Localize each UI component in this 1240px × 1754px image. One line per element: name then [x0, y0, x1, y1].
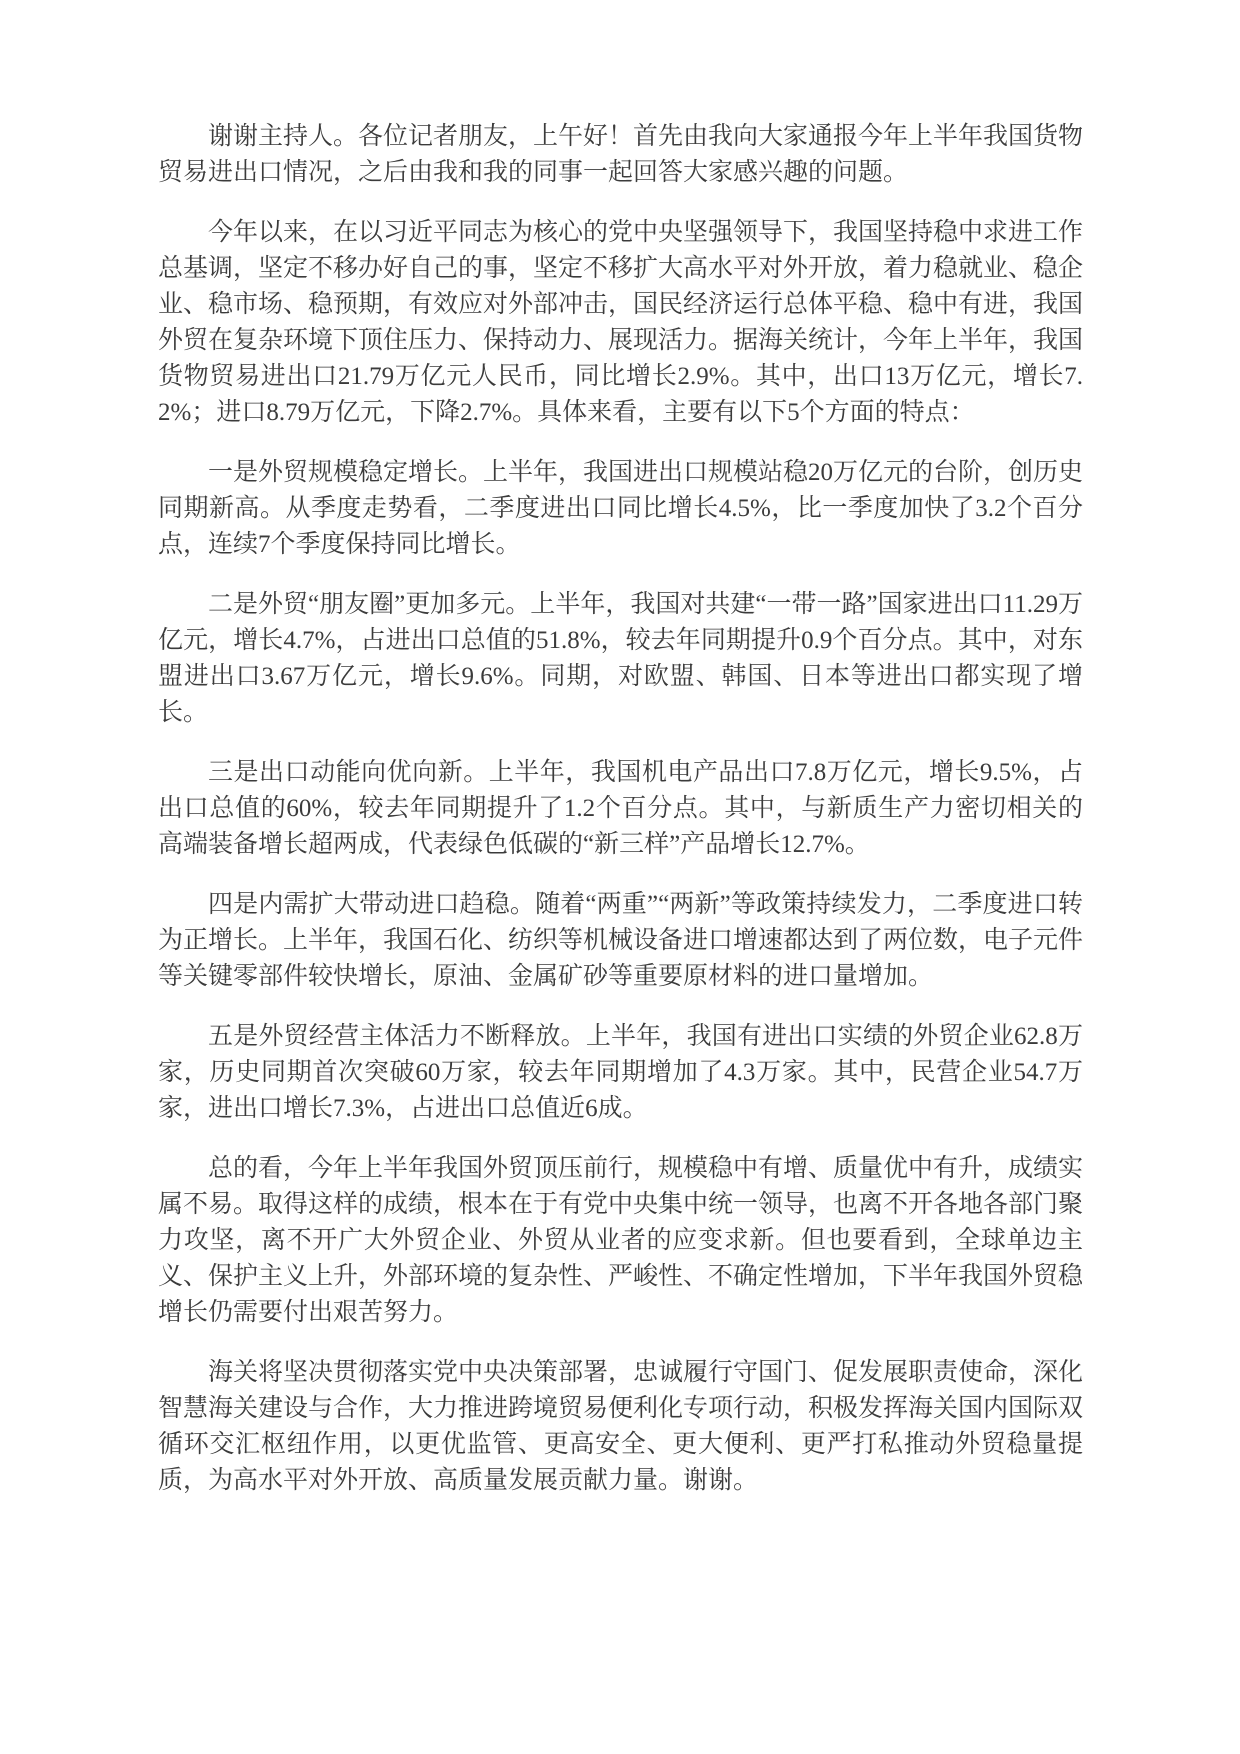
- document-page: 谢谢主持人。各位记者朋友，上午好！首先由我向大家通报今年上半年我国货物贸易进出口…: [0, 0, 1240, 1754]
- paragraph-point-2: 二是外贸“朋友圈”更加多元。上半年，我国对共建“一带一路”国家进出口11.29万…: [158, 587, 1083, 731]
- document-body: 谢谢主持人。各位记者朋友，上午好！首先由我向大家通报今年上半年我国货物贸易进出口…: [158, 119, 1083, 1499]
- paragraph-overview: 今年以来，在以习近平同志为核心的党中央坚强领导下，我国坚持稳中求进工作总基调，坚…: [158, 215, 1083, 431]
- paragraph-summary: 总的看，今年上半年我国外贸顶压前行，规模稳中有增、质量优中有升，成绩实属不易。取…: [158, 1151, 1083, 1331]
- paragraph-point-1: 一是外贸规模稳定增长。上半年，我国进出口规模站稳20万亿元的台阶，创历史同期新高…: [158, 455, 1083, 563]
- paragraph-greeting: 谢谢主持人。各位记者朋友，上午好！首先由我向大家通报今年上半年我国货物贸易进出口…: [158, 119, 1083, 191]
- paragraph-point-4: 四是内需扩大带动进口趋稳。随着“两重”“两新”等政策持续发力，二季度进口转为正增…: [158, 887, 1083, 995]
- paragraph-point-3: 三是出口动能向优向新。上半年，我国机电产品出口7.8万亿元，增长9.5%，占出口…: [158, 755, 1083, 863]
- paragraph-point-5: 五是外贸经营主体活力不断释放。上半年，我国有进出口实绩的外贸企业62.8万家，历…: [158, 1019, 1083, 1127]
- paragraph-closing: 海关将坚决贯彻落实党中央决策部署，忠诚履行守国门、促发展职责使命，深化智慧海关建…: [158, 1355, 1083, 1499]
